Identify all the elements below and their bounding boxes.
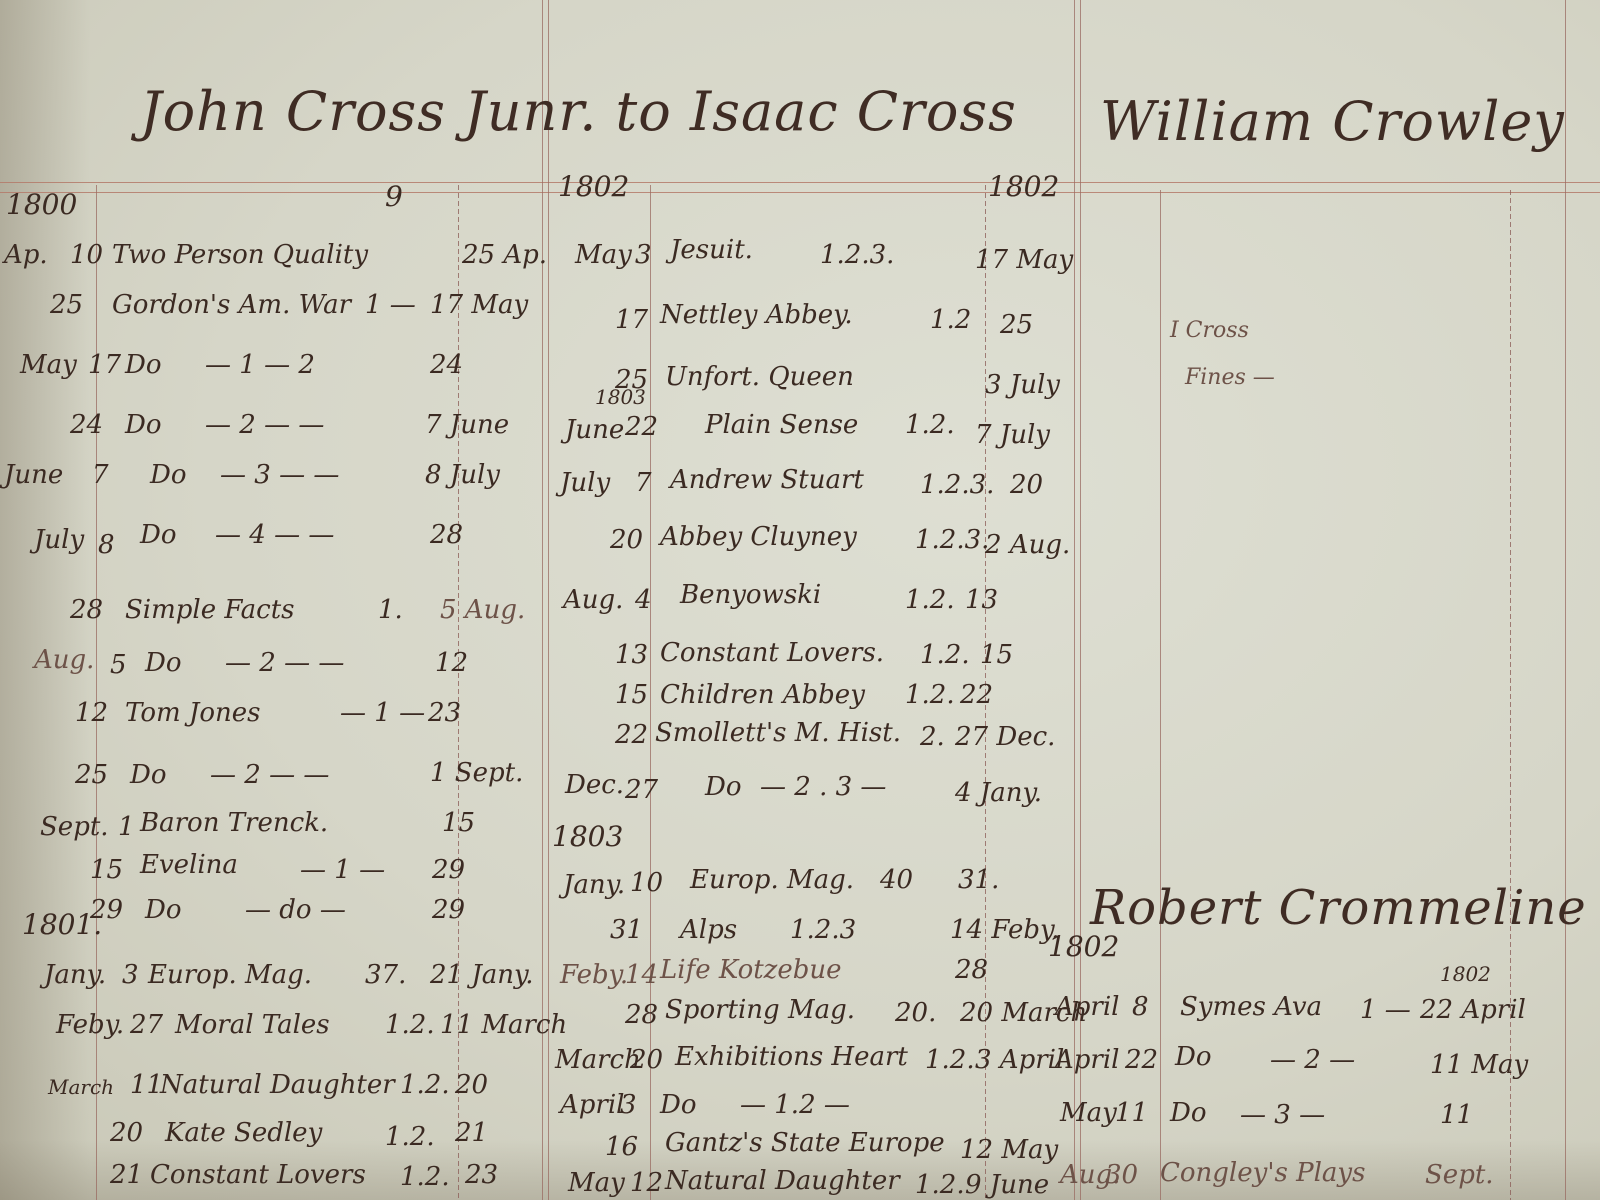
entry-returned: 12 May [960, 1135, 1058, 1165]
entry-title: Kate Sedley [165, 1118, 322, 1148]
entry-returned: 12 [435, 648, 468, 678]
entry-returned: 20 [455, 1070, 488, 1100]
entry-day: 16 [605, 1132, 638, 1162]
entry-day: 22 [615, 720, 648, 750]
entry-returned: 13 [965, 585, 998, 615]
entry-title: Plain Sense [705, 410, 858, 440]
entry-vols: — 1.2 — [740, 1090, 850, 1120]
entry-day: 20 [630, 1045, 663, 1075]
entry-returned: 29 [432, 895, 465, 925]
account-title-cross: John Cross Junr. to Isaac Cross [140, 80, 1017, 143]
entry-vols: — 1 — [340, 698, 425, 728]
entry-title: Fines — [1185, 365, 1275, 390]
entry-title: Europ. Mag. [690, 865, 854, 895]
account-title-crommeline: Robert Crommeline [1090, 880, 1587, 936]
entry-title: Exhibitions Heart [675, 1042, 908, 1072]
entry-title: Do [1175, 1042, 1212, 1072]
entry-month: Jany. [44, 960, 106, 990]
entry-vols: 1.2. [400, 1070, 450, 1100]
entry-vols: — 2 — — [210, 760, 329, 790]
entry-vols: 1.2. [915, 1170, 965, 1200]
entry-day: 7 [92, 460, 109, 490]
entry-day: 17 [88, 350, 121, 380]
entry-returned: 7 June [425, 410, 509, 440]
entry-vols: — 4 — — [215, 520, 334, 550]
column-rule [458, 185, 459, 1200]
entry-returned: 15 [980, 640, 1013, 670]
entry-title: Andrew Stuart [670, 465, 864, 495]
entry-returned: 3 July [985, 370, 1060, 400]
entry-title: Evelina [140, 850, 238, 880]
entry-month: March [555, 1045, 641, 1075]
entry-title: Smollett's M. Hist. [655, 718, 901, 748]
entry-title: Two Person Quality [112, 240, 368, 270]
entry-day: 3 [122, 960, 139, 990]
entry-title: Do [150, 460, 187, 490]
entry-title: Nettley Abbey. [660, 300, 853, 330]
entry-title: Alps [680, 915, 737, 945]
entry-returned: 21 [455, 1118, 488, 1148]
entry-day: 25 [50, 290, 83, 320]
entry-returned: 2 Aug. [985, 530, 1070, 560]
entry-vols: 1.2. [385, 1122, 435, 1152]
column-rule [1565, 0, 1566, 1200]
entry-month: May [568, 1168, 625, 1198]
entry-title: Symes Ava [1180, 992, 1322, 1022]
entry-month: June [4, 460, 63, 490]
entry-month: Aug. [34, 645, 94, 675]
entry-returned: 28 [430, 520, 463, 550]
year-label: 1800 [6, 188, 77, 221]
entry-title: Benyowski [680, 580, 821, 610]
entry-day: 29 [90, 895, 123, 925]
entry-title: Do [125, 350, 162, 380]
entry-day: 4 [635, 585, 652, 615]
entry-returned: 28 [955, 955, 988, 985]
entry-vols: — 2 — [1270, 1045, 1355, 1075]
entry-vols: — 2 . 3 — [760, 772, 886, 802]
entry-vols: — 3 — [1240, 1100, 1325, 1130]
entry-day: 27 [625, 775, 658, 805]
entry-returned: 22 [960, 680, 993, 710]
entry-returned: 25 Ap. [462, 240, 547, 270]
entry-vols: 1.2. [400, 1162, 450, 1192]
entry-month: March [48, 1075, 114, 1099]
entry-returned: 25 [1000, 310, 1033, 340]
entry-vols: 1.2.3. [820, 240, 894, 270]
entry-day: 31 [610, 915, 643, 945]
entry-title: Jesuit. [670, 235, 753, 265]
header-rule [0, 192, 1600, 193]
entry-title: Moral Tales [175, 1010, 330, 1040]
entry-day: 30 [1105, 1160, 1138, 1190]
entry-vols: 1. [378, 595, 403, 625]
entry-day: 5 [110, 650, 127, 680]
entry-day: 17 [615, 305, 648, 335]
entry-day: 8 [98, 530, 115, 560]
entry-vols: 37. [365, 960, 406, 990]
entry-title: Gordon's Am. War [112, 290, 351, 320]
entry-day: 28 [625, 1000, 658, 1030]
entry-vols: 1.2.3 [790, 915, 856, 945]
entry-month: Feby. [56, 1010, 124, 1040]
entry-title: Baron Trenck. [140, 808, 328, 838]
entry-title: Do [660, 1090, 697, 1120]
entry-vols: 1.2 [930, 305, 971, 335]
entry-vols: 1.2. [905, 585, 955, 615]
entry-day: 14 [625, 960, 658, 990]
entry-vols: — 1 — [300, 855, 385, 885]
entry-vols: 1.2. [385, 1010, 435, 1040]
entry-returned: 23 [428, 698, 461, 728]
entry-returned: 22 April [1420, 995, 1526, 1025]
entry-returned: 4 Jany. [955, 778, 1042, 808]
account-title-crowley: William Crowley [1100, 90, 1565, 153]
entry-title: Abbey Cluyney [660, 522, 857, 552]
entry-day: 25 [615, 365, 648, 395]
entry-title: Gantz's State Europe [665, 1128, 945, 1158]
entry-vols: 1.2. [905, 680, 955, 710]
entry-month: Dec. [565, 770, 624, 800]
entry-day: 7 [635, 468, 652, 498]
entry-vols: 1 — [1360, 995, 1411, 1025]
entry-vols: — 3 — — [220, 460, 339, 490]
entry-month: July [34, 525, 84, 555]
entry-day: 10 [630, 868, 663, 898]
entry-title: Do [145, 895, 182, 925]
entry-returned: 11 May [1430, 1050, 1528, 1080]
entry-month: Ap. [4, 240, 48, 270]
entry-returned: 5 Aug. [440, 595, 525, 625]
entry-title: Europ. Mag. [148, 960, 312, 990]
entry-returned: 1 Sept. [430, 758, 523, 788]
year-label: 1803 [552, 820, 623, 853]
column-rule [1510, 190, 1511, 1200]
entry-day: 11 [1115, 1098, 1148, 1128]
entry-day: 12 [75, 698, 108, 728]
entry-vols: — 2 — — [205, 410, 324, 440]
entry-returned: Sept. [1425, 1160, 1494, 1190]
entry-returned: 29 [432, 855, 465, 885]
entry-vols: — do — [245, 895, 346, 925]
entry-month: April [560, 1090, 624, 1120]
entry-day: 8 [1132, 992, 1149, 1022]
entry-month: April [1055, 1045, 1119, 1075]
entry-title: Children Abbey [660, 680, 865, 710]
entry-day: 12 [630, 1168, 663, 1198]
entry-day: 1 [118, 812, 135, 842]
year-label: 1802 [1440, 962, 1491, 986]
entry-title: Do [125, 410, 162, 440]
entry-day: 15 [90, 855, 123, 885]
entry-title: Natural Daughter [160, 1070, 395, 1100]
entry-vols: 1 — [365, 290, 416, 320]
entry-day: 25 [75, 760, 108, 790]
entry-day: 20 [110, 1118, 143, 1148]
entry-title: Congley's Plays [1160, 1158, 1365, 1188]
entry-vols: 1.2.3. [920, 470, 994, 500]
entry-day: 13 [615, 640, 648, 670]
year-label: 1802 [988, 170, 1059, 203]
entry-month: Aug. [563, 585, 623, 615]
entry-vols: 1.2.3. [915, 525, 989, 555]
entry-title: Do [140, 520, 177, 550]
entry-month: July [560, 468, 610, 498]
entry-title: Life Kotzebue [660, 955, 842, 985]
entry-day: 3 [635, 240, 652, 270]
entry-title: Do [145, 648, 182, 678]
entry-returned: 17 May [975, 245, 1073, 275]
entry-month: Feby. [560, 960, 628, 990]
entry-title: Do [130, 760, 167, 790]
entry-day: 28 [70, 595, 103, 625]
entry-day: 15 [615, 680, 648, 710]
entry-vols: 1.2. [905, 410, 955, 440]
entry-returned: 20 [1010, 470, 1043, 500]
entry-returned: 3 April [975, 1045, 1064, 1075]
entry-title: Tom Jones [125, 698, 260, 728]
entry-returned: 21 Jany. [430, 960, 534, 990]
entry-returned: 31. [958, 865, 999, 895]
entry-returned: 27 Dec. [955, 722, 1055, 752]
entry-returned: 17 May [430, 290, 528, 320]
entry-title: Constant Lovers [150, 1160, 366, 1190]
entry-month: Jany. [563, 870, 625, 900]
entry-title: Constant Lovers. [660, 638, 884, 668]
entry-vols: 20. [895, 998, 936, 1028]
entry-returned: 8 July [425, 460, 500, 490]
entry-returned: 11 March [440, 1010, 567, 1040]
column-rule [1160, 190, 1161, 1200]
entry-month: May [575, 240, 632, 270]
entry-vols: 1.2. [920, 640, 970, 670]
entry-returned: 15 [442, 808, 475, 838]
entry-day: 21 [110, 1160, 143, 1190]
entry-day: 3 [620, 1090, 637, 1120]
entry-month: June [565, 415, 624, 445]
entry-title: Unfort. Queen [665, 362, 854, 392]
entry-day: 27 [130, 1010, 163, 1040]
entry-vols: — 1 — 2 [205, 350, 315, 380]
entry-title: Do [705, 772, 742, 802]
year-note: 9 [385, 180, 403, 213]
header-rule [0, 182, 1600, 183]
entry-month: May [20, 350, 77, 380]
entry-month: May [1060, 1098, 1117, 1128]
entry-returned: 7 July [975, 420, 1050, 450]
entry-returned: 14 Feby. [950, 915, 1060, 945]
entry-vols: — 2 — — [225, 648, 344, 678]
entry-day: 20 [610, 525, 643, 555]
entry-month: April [1055, 992, 1119, 1022]
entry-title: Sporting Mag. [665, 995, 855, 1025]
entry-day: 22 [625, 412, 658, 442]
entry-day: 11 [130, 1070, 163, 1100]
entry-title: Simple Facts [125, 595, 295, 625]
entry-returned: 11 [1440, 1100, 1473, 1130]
entry-title: Do [1170, 1098, 1207, 1128]
entry-returned: 9 June [965, 1170, 1049, 1200]
entry-vols: 40 [880, 865, 913, 895]
ledger-page: John Cross Junr. to Isaac Cross William … [0, 0, 1600, 1200]
year-label: 1802 [558, 170, 629, 203]
entry-vols: 2. [920, 722, 945, 752]
entry-day: 10 [70, 240, 103, 270]
entry-day: 24 [70, 410, 103, 440]
entry-month: Sept. [40, 812, 109, 842]
entry-returned: 23 [465, 1160, 498, 1190]
entry-title: I Cross [1170, 318, 1249, 343]
entry-returned: 24 [430, 350, 463, 380]
entry-day: 22 [1125, 1045, 1158, 1075]
entry-title: Natural Daughter [665, 1166, 900, 1196]
column-rule [96, 185, 97, 1200]
entry-vols: 1.2. [925, 1045, 975, 1075]
